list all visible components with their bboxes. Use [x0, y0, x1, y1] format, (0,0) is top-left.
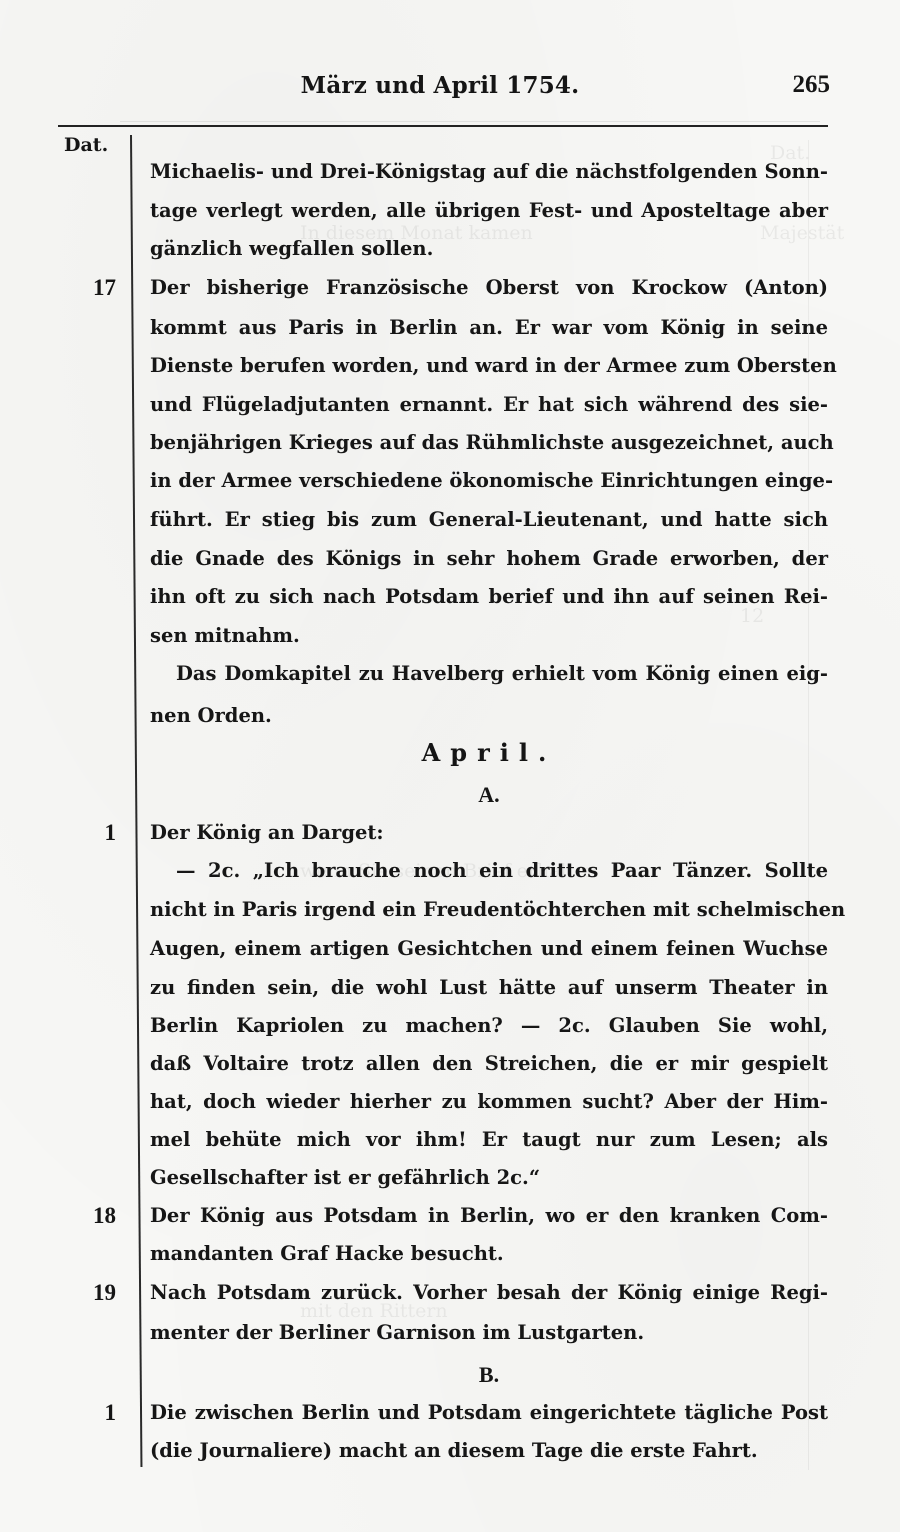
text-line: tage verlegt werden, alle übrigen Fest- … [150, 194, 828, 228]
text-line: Berlin Kapriolen zu machen? — 2c. Glaube… [150, 1009, 828, 1043]
text-line: hat, doch wieder hierher zu kommen sucht… [150, 1085, 828, 1119]
text-line: (die Journaliere) macht an diesem Tage d… [150, 1434, 828, 1468]
text-line: die Gnade des Königs in sehr hohem Grade… [150, 542, 828, 576]
section-heading-b: B. [150, 1362, 828, 1388]
text-line: menter der Berliner Garnison im Lustgart… [150, 1316, 828, 1350]
text-line: Michaelis- und Drei-Königstag auf die nä… [150, 155, 828, 189]
text-line: ihn oft zu sich nach Potsdam berief und … [150, 580, 828, 614]
entry-date: 17 [68, 271, 116, 305]
text-line: nen Orden. [150, 699, 828, 733]
month-heading: April. [150, 738, 828, 767]
text-line: Nach Potsdam zurück. Vorher besah der Kö… [150, 1276, 828, 1310]
entry-date: 18 [68, 1199, 116, 1233]
text-line: nicht in Paris irgend ein Freudentöchter… [150, 893, 828, 927]
text-line: sen mitnahm. [150, 619, 828, 653]
text-line: Das Domkapitel zu Havelberg erhielt vom … [176, 657, 828, 691]
text-line: daß Voltaire trotz allen den Streichen, … [150, 1047, 828, 1081]
text-line: Der bisherige Französische Oberst von Kr… [150, 271, 828, 305]
text-line: Dienste berufen worden, und ward in der … [150, 349, 828, 383]
text-line: Gesellschafter ist er gefährlich 2c.“ [150, 1161, 828, 1195]
date-column-label: Dat. [64, 134, 108, 156]
text-line: zu finden sein, die wohl Lust hätte auf … [150, 971, 828, 1005]
text-line: gänzlich wegfallen sollen. [150, 232, 828, 266]
header-faint-rule [120, 121, 820, 122]
running-title: März und April 1754. [200, 72, 680, 99]
text-line: und Flügeladjutanten ernannt. Er hat sic… [150, 388, 828, 422]
entry-date: 19 [68, 1276, 116, 1310]
text-line: kommt aus Paris in Berlin an. Er war vom… [150, 311, 828, 345]
text-line: — 2c. „Ich brauche noch ein drittes Paar… [176, 854, 828, 888]
date-column-divider [130, 135, 142, 1467]
section-heading-a: A. [150, 782, 828, 808]
page-number: 265 [782, 71, 830, 99]
text-line: mel behüte mich vor ihm! Er taugt nur zu… [150, 1123, 828, 1157]
text-line: in der Armee verschiedene ökonomische Ei… [150, 464, 828, 498]
entry-date: 1 [68, 1396, 116, 1430]
header-rule [58, 125, 828, 127]
scanned-page: Dat. Majestät In diesem Monat kamen 12 w… [0, 0, 900, 1532]
text-line: Der König aus Potsdam in Berlin, wo er d… [150, 1199, 828, 1233]
text-line: Der König an Darget: [150, 816, 828, 850]
entry-date: 1 [68, 816, 116, 850]
text-line: benjährigen Krieges auf das Rühmlichste … [150, 426, 828, 460]
text-line: mandanten Graf Hacke besucht. [150, 1237, 828, 1271]
text-line: Die zwischen Berlin und Potsdam eingeric… [150, 1396, 828, 1430]
text-line: Augen, einem artigen Gesichtchen und ein… [150, 932, 828, 966]
text-line: führt. Er stieg bis zum General-Lieutena… [150, 503, 828, 537]
